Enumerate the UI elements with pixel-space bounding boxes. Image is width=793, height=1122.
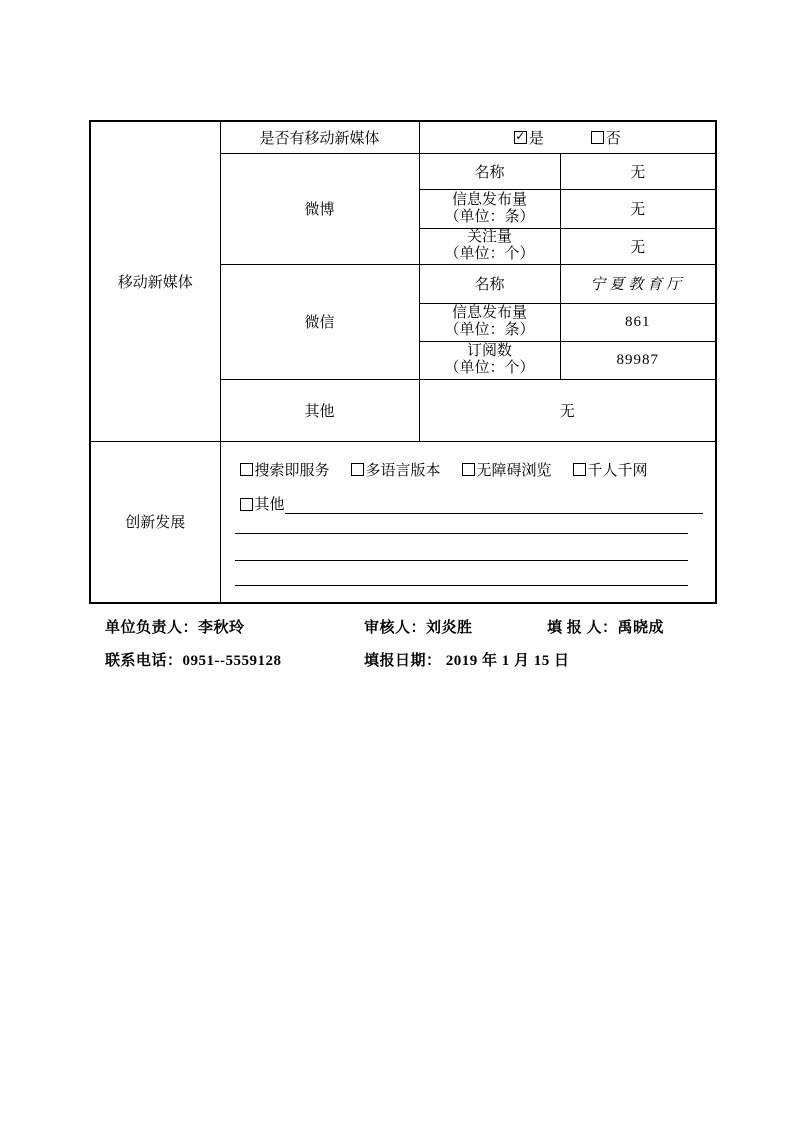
- weibo-posts-value: 无: [560, 189, 716, 228]
- option-label: 搜索即服务: [255, 459, 330, 480]
- other-option-label: 其他: [255, 493, 285, 514]
- filler-line: 填 报 人：禹晓成: [547, 616, 664, 637]
- innovation-options-row: 搜索即服务 多语言版本 无障碍浏览 千人千网: [240, 459, 648, 480]
- other-media-value: 无: [419, 379, 716, 441]
- option-label: 多语言版本: [366, 459, 441, 480]
- reviewer-line: 审核人：刘炎胜: [364, 616, 473, 637]
- section-label-innovation: 创新发展: [90, 441, 220, 603]
- other-fill-line: [285, 496, 703, 514]
- wechat-label: 微信: [220, 264, 419, 379]
- option-multilingual: 多语言版本: [351, 459, 441, 480]
- wechat-posts-field: 信息发布量 （单位：条）: [419, 303, 560, 341]
- option-accessibility: 无障碍浏览: [462, 459, 552, 480]
- weibo-posts-field: 信息发布量 （单位：条）: [419, 189, 560, 228]
- field-line2: （单位：条）: [420, 209, 560, 226]
- yes-label: 是: [529, 127, 544, 148]
- weibo-followers-value: 无: [560, 228, 716, 264]
- option-label: 无障碍浏览: [477, 459, 552, 480]
- wechat-subscribers-value: 89987: [560, 341, 716, 379]
- weibo-label: 微博: [220, 153, 419, 264]
- field-line1: 信息发布量: [420, 305, 560, 322]
- innovation-other-row: 其他: [240, 493, 703, 514]
- field-line1: 信息发布量: [420, 192, 560, 209]
- field-line1: 名称: [420, 273, 560, 294]
- no-label: 否: [606, 127, 621, 148]
- no-checkbox[interactable]: [591, 131, 604, 144]
- field-line2: （单位：个）: [420, 246, 560, 263]
- no-option: 否: [591, 127, 621, 148]
- date-line: 填报日期： 2019 年 1 月 15 日: [364, 649, 570, 670]
- other-media-label: 其他: [220, 379, 419, 441]
- yes-checkbox[interactable]: ✓: [514, 131, 527, 144]
- yes-option: ✓ 是: [514, 127, 544, 148]
- check-icon: ✓: [515, 130, 526, 143]
- field-line1: 关注量: [420, 229, 560, 246]
- other-checkbox[interactable]: [240, 498, 253, 511]
- blank-line: [235, 560, 688, 561]
- wechat-posts-value: 861: [560, 303, 716, 341]
- field-line2: （单位：个）: [420, 360, 560, 377]
- weibo-name-value: 无: [560, 153, 716, 189]
- wechat-name-value: 宁夏教育厅: [560, 264, 716, 303]
- multilingual-checkbox[interactable]: [351, 463, 364, 476]
- field-line1: 订阅数: [420, 343, 560, 360]
- weibo-followers-field: 关注量 （单位：个）: [419, 228, 560, 264]
- field-line1: 名称: [420, 161, 560, 182]
- innovation-content-cell: 搜索即服务 多语言版本 无障碍浏览 千人千网: [220, 441, 716, 603]
- personalized-checkbox[interactable]: [573, 463, 586, 476]
- section-label-mobile-media: 移动新媒体: [90, 121, 220, 441]
- blank-line: [235, 533, 688, 534]
- media-report-table: 移动新媒体 是否有移动新媒体 ✓ 是 否 微博 名称: [89, 120, 717, 604]
- phone-line: 联系电话：0951--5559128: [105, 649, 282, 670]
- option-search-service: 搜索即服务: [240, 459, 330, 480]
- has-media-options: ✓ 是 否: [419, 121, 716, 153]
- field-line2: （单位：条）: [420, 322, 560, 339]
- weibo-name-field: 名称: [419, 153, 560, 189]
- wechat-name-field: 名称: [419, 264, 560, 303]
- has-media-label: 是否有移动新媒体: [220, 121, 419, 153]
- option-personalized: 千人千网: [573, 459, 648, 480]
- search-service-checkbox[interactable]: [240, 463, 253, 476]
- document-page: 移动新媒体 是否有移动新媒体 ✓ 是 否 微博 名称: [0, 0, 793, 1122]
- unit-head-line: 单位负责人：李秋玲: [105, 616, 245, 637]
- option-label: 千人千网: [588, 459, 648, 480]
- wechat-subscribers-field: 订阅数 （单位：个）: [419, 341, 560, 379]
- accessibility-checkbox[interactable]: [462, 463, 475, 476]
- blank-line: [235, 585, 688, 586]
